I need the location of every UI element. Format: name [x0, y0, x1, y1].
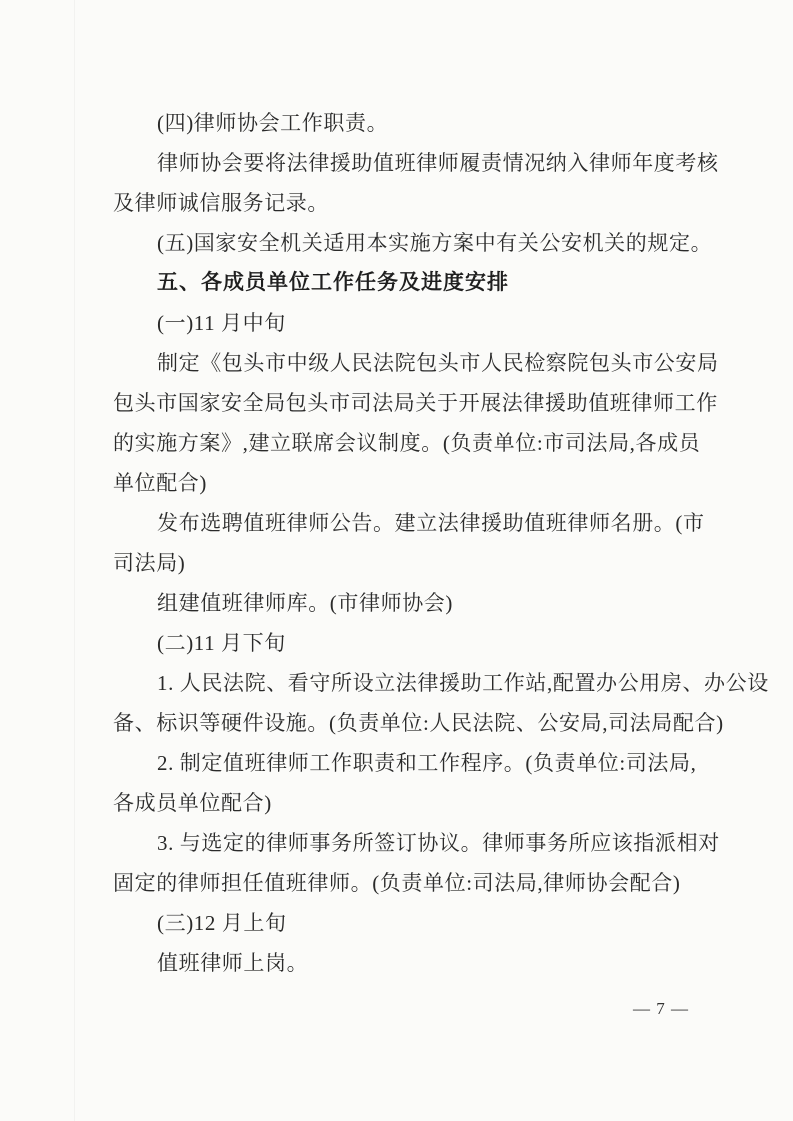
doc-line-section-5-heading: (五)国家安全机关适用本实施方案中有关公安机关的规定。 [113, 223, 714, 263]
doc-line-phase-1-heading: (一)11 月中旬 [113, 303, 714, 343]
doc-line: 的实施方案》,建立联席会议制度。(负责单位:市司法局,各成员 [113, 423, 714, 463]
doc-line: 制定《包头市中级人民法院包头市人民检察院包头市公安局 [113, 343, 714, 383]
doc-line: 各成员单位配合) [113, 783, 714, 823]
scanned-document-page: (四)律师协会工作职责。 律师协会要将法律援助值班律师履责情况纳入律师年度考核 … [0, 0, 793, 1121]
doc-line-item-2: 2. 制定值班律师工作职责和工作程序。(负责单位:司法局, [113, 743, 714, 783]
doc-line: 包头市国家安全局包头市司法局关于开展法律援助值班律师工作 [113, 383, 714, 423]
doc-line-chapter-5-heading: 五、各成员单位工作任务及进度安排 [113, 263, 714, 303]
doc-line: 备、标识等硬件设施。(负责单位:人民法院、公安局,司法局配合) [113, 703, 714, 743]
page-number: — 7 — [620, 996, 702, 1022]
doc-line-section-4-heading: (四)律师协会工作职责。 [113, 103, 714, 143]
doc-line: 律师协会要将法律援助值班律师履责情况纳入律师年度考核 [113, 143, 714, 183]
doc-line: 组建值班律师库。(市律师协会) [113, 583, 714, 623]
scan-artifact-line [74, 0, 75, 1121]
doc-line-item-1: 1. 人民法院、看守所设立法律援助工作站,配置办公用房、办公设 [113, 663, 714, 703]
doc-line-phase-3-heading: (三)12 月上旬 [113, 903, 714, 943]
doc-line: 固定的律师担任值班律师。(负责单位:司法局,律师协会配合) [113, 863, 714, 903]
doc-line: 及律师诚信服务记录。 [113, 183, 714, 223]
doc-line-phase-2-heading: (二)11 月下旬 [113, 623, 714, 663]
doc-line-item-3: 3. 与选定的律师事务所签订协议。律师事务所应该指派相对 [113, 823, 714, 863]
doc-line: 司法局) [113, 543, 714, 583]
doc-line: 值班律师上岗。 [113, 943, 714, 983]
document-text-block: (四)律师协会工作职责。 律师协会要将法律援助值班律师履责情况纳入律师年度考核 … [113, 103, 714, 983]
doc-line: 单位配合) [113, 463, 714, 503]
doc-line: 发布选聘值班律师公告。建立法律援助值班律师名册。(市 [113, 503, 714, 543]
